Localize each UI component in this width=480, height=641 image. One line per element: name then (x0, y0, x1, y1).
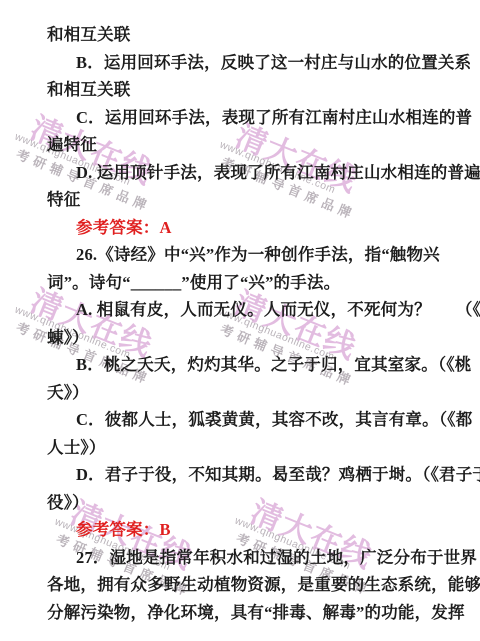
text-line: 蝀》） (47, 324, 465, 352)
text-line: C．运用回环手法，表现了所有江南村庄山水相连的普 (47, 104, 465, 132)
answer-line: 参考答案：A (47, 214, 465, 242)
text-line: 和相互关联 (47, 21, 465, 49)
text-line: 役》） (47, 489, 465, 517)
text-line: 27．湿地是指常年积水和过湿的土地，广泛分布于世界 (47, 544, 465, 572)
text-line: 夭》） (47, 379, 465, 407)
question-text-block: 和相互关联B．运用回环手法，反映了这一村庄与山水的位置关系和相互关联C．运用回环… (47, 21, 465, 626)
text-line: B．桃之夭夭，灼灼其华。之子于归，宜其室家。（《桃 (47, 351, 465, 379)
text-line: 特征 (47, 186, 465, 214)
text-line: 各地，拥有众多野生动植物资源，是重要的生态系统，能够 (47, 571, 465, 599)
text-line: D．君子于役，不知其期。曷至哉？鸡栖于埘。（《君子于 (47, 461, 465, 489)
text-line: A. 相鼠有皮，人而无仪。人而无仪，不死何为？ （《蝃 (47, 296, 465, 324)
text-line: C．彼都人士，狐裘黄黄，其容不改，其言有章。（《都 (47, 406, 465, 434)
text-line: 和相互关联 (47, 76, 465, 104)
text-line: 遍特征 (47, 131, 465, 159)
text-line: 人士》） (47, 434, 465, 462)
text-line: 分解污染物，净化环境，具有“排毒、解毒”的功能，发挥 (47, 599, 465, 627)
answer-line: 参考答案：B (47, 516, 465, 544)
text-line: D. 运用顶针手法，表现了所有江南村庄山水相连的普遍 (47, 159, 465, 187)
text-line: 词”。诗句“______”使用了“兴”的手法。 (47, 269, 465, 297)
document-page: 清大在线www.qinghuaonline.com考研辅导首席品牌清大在线www… (0, 0, 480, 641)
text-line: 26.《诗经》中“兴”作为一种创作手法，指“触物兴 (47, 241, 465, 269)
text-line: B．运用回环手法，反映了这一村庄与山水的位置关系 (47, 49, 465, 77)
